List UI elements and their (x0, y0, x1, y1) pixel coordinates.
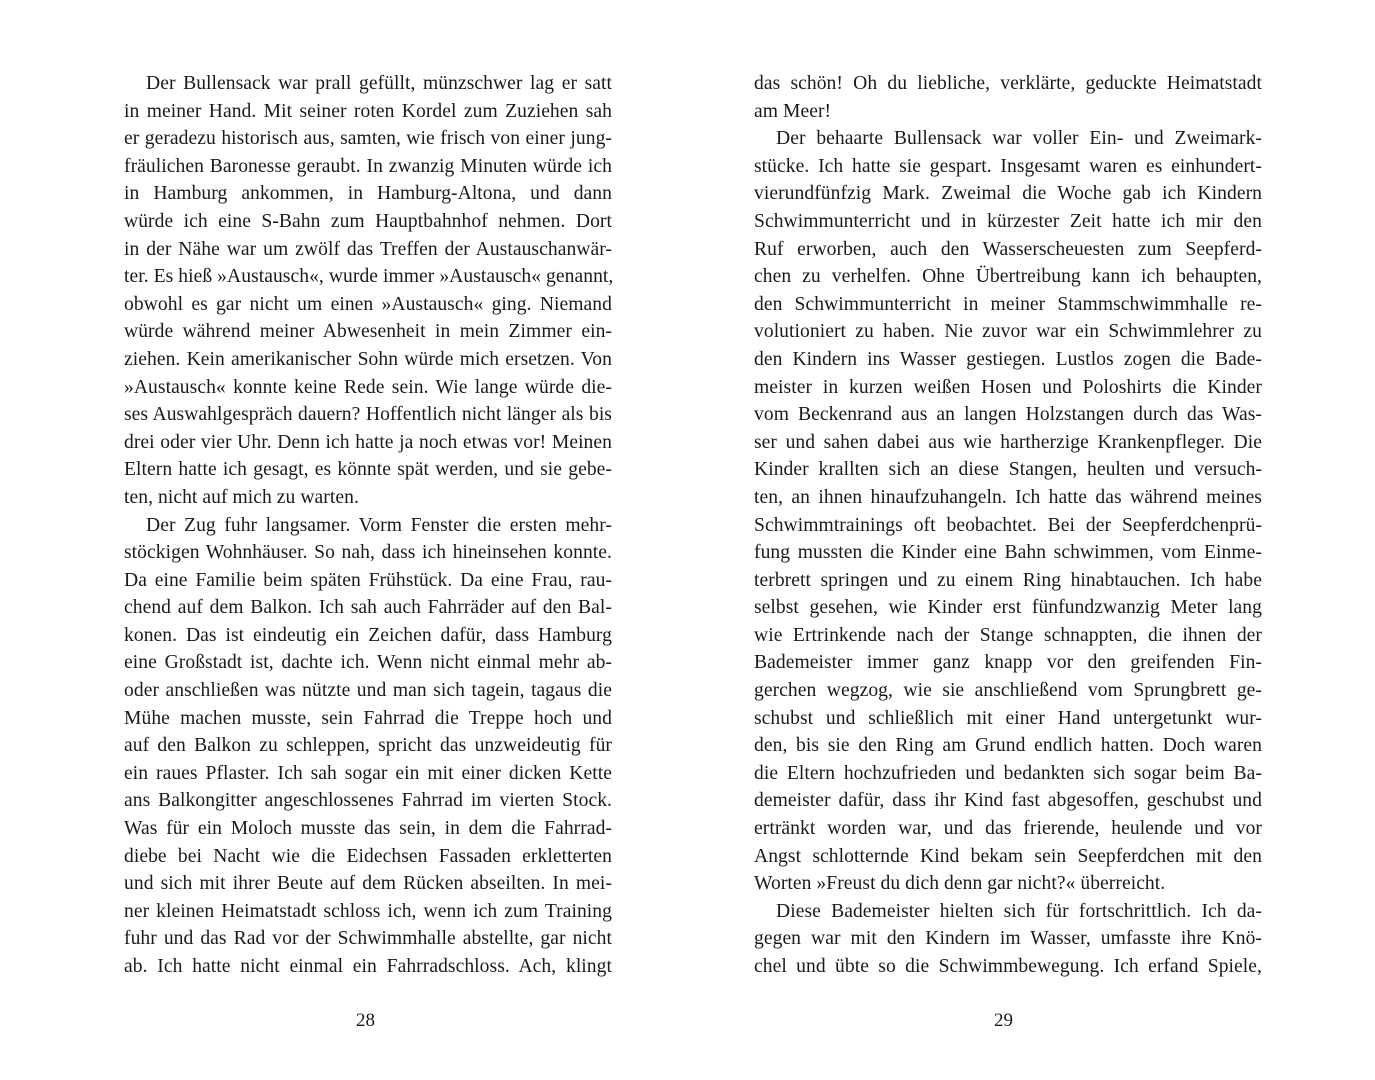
text-line: fung mussten die Kinder eine Bahn schwim… (754, 539, 1262, 567)
text-line: Mühe machen musste, sein Fahrrad die Tre… (124, 705, 612, 733)
page-number-left: 28 (356, 1010, 375, 1032)
text-line: in der Nähe war um zwölf das Treffen der… (124, 236, 612, 264)
text-line: Der behaarte Bullensack war voller Ein- … (754, 125, 1262, 153)
text-line: ses Auswahlgespräch dauern? Hoffentlich … (124, 401, 612, 429)
text-line: terbrett springen und zu einem Ring hina… (754, 567, 1262, 595)
text-line: Bademeister immer ganz knapp vor den gre… (754, 649, 1262, 677)
text-line: Kinder krallten sich an diese Stangen, h… (754, 456, 1262, 484)
text-line: den Kindern ins Wasser gestiegen. Lustlo… (754, 346, 1262, 374)
text-line: ner kleinen Heimatstadt schloss ich, wen… (124, 898, 612, 926)
text-line: chend auf dem Balkon. Ich sah auch Fahrr… (124, 594, 612, 622)
text-line: und sich mit ihrer Beute auf dem Rücken … (124, 870, 612, 898)
text-line: »Austausch« konnte keine Rede sein. Wie … (124, 374, 612, 402)
text-line: würde ich eine S-Bahn zum Hauptbahnhof n… (124, 208, 612, 236)
text-line: ertränkt worden war, und das frierende, … (754, 815, 1262, 843)
text-line: drei oder vier Uhr. Denn ich hatte ja no… (124, 429, 612, 457)
text-line: chen zu verhelfen. Ohne Übertreibung kan… (754, 263, 1262, 291)
text-line: vierundfünfzig Mark. Zweimal die Woche g… (754, 180, 1262, 208)
text-line: fuhr und das Rad vor der Schwimmhalle ab… (124, 925, 612, 953)
text-line: gerchen wegzog, wie sie anschließend vom… (754, 677, 1262, 705)
text-line: Was für ein Moloch musste das sein, in d… (124, 815, 612, 843)
text-line: meister in kurzen weißen Hosen und Polos… (754, 374, 1262, 402)
text-line: Eltern hatte ich gesagt, es könnte spät … (124, 456, 612, 484)
text-line: die Eltern hochzufrieden und bedankten s… (754, 760, 1262, 788)
text-line: Angst schlotternde Kind bekam sein Seepf… (754, 843, 1262, 871)
text-line: ab. Ich hatte nicht einmal ein Fahrradsc… (124, 953, 612, 981)
text-line: auf den Balkon zu schleppen, spricht das… (124, 732, 612, 760)
text-line: Worten »Freust du dich denn gar nicht?« … (754, 870, 1262, 898)
text-line: selbst gesehen, wie Kinder erst fünfundz… (754, 594, 1262, 622)
text-line: er geradezu historisch aus, samten, wie … (124, 125, 612, 153)
book-spread: Der Bullensack war prall gefüllt, münzsc… (0, 0, 1375, 1080)
text-line: ter. Es hieß »Austausch«, wurde immer »A… (124, 263, 612, 291)
page-number-right: 29 (994, 1010, 1013, 1032)
right-page: das schön! Oh du liebliche, verklärte, g… (754, 70, 1262, 981)
text-line: oder anschließen was nützte und man sich… (124, 677, 612, 705)
text-line: den Schwimmunterricht in meiner Stammsch… (754, 291, 1262, 319)
text-line: wie Ertrinkende nach der Stange schnappt… (754, 622, 1262, 650)
text-line: Schwimmtrainings oft beobachtet. Bei der… (754, 512, 1262, 540)
text-line: ten, an ihnen hinaufzuhangeln. Ich hatte… (754, 484, 1262, 512)
text-line: in Hamburg ankommen, in Hamburg-Altona, … (124, 180, 612, 208)
text-line: das schön! Oh du liebliche, verklärte, g… (754, 70, 1262, 98)
text-line: den, bis sie den Ring am Grund endlich h… (754, 732, 1262, 760)
text-line: Schwimmunterricht und in kürzester Zeit … (754, 208, 1262, 236)
text-line: Ruf erworben, auch den Wasserscheuesten … (754, 236, 1262, 264)
text-line: obwohl es gar nicht um einen »Austausch«… (124, 291, 612, 319)
text-line: schubst und schließlich mit einer Hand u… (754, 705, 1262, 733)
text-line: in meiner Hand. Mit seiner roten Kordel … (124, 98, 612, 126)
left-page: Der Bullensack war prall gefüllt, münzsc… (124, 70, 612, 981)
text-line: stöckigen Wohnhäuser. So nah, dass ich h… (124, 539, 612, 567)
text-line: ans Balkongitter angeschlossenes Fahrrad… (124, 787, 612, 815)
text-line: stücke. Ich hatte sie gespart. Insgesamt… (754, 153, 1262, 181)
text-line: vom Beckenrand aus an langen Holzstangen… (754, 401, 1262, 429)
text-line: demeister dafür, dass ihr Kind fast abge… (754, 787, 1262, 815)
text-line: ser und sahen dabei aus wie hartherzige … (754, 429, 1262, 457)
text-line: diebe bei Nacht wie die Eidechsen Fassad… (124, 843, 612, 871)
text-line: ein raues Pflaster. Ich sah sogar ein mi… (124, 760, 612, 788)
text-line: am Meer! (754, 98, 1262, 126)
text-line: konen. Das ist eindeutig ein Zeichen daf… (124, 622, 612, 650)
text-line: volutioniert zu haben. Nie zuvor war ein… (754, 318, 1262, 346)
text-line: eine Großstadt ist, dachte ich. Wenn nic… (124, 649, 612, 677)
text-line: chel und übte so die Schwimmbewegung. Ic… (754, 953, 1262, 981)
text-line: fräulichen Baronesse geraubt. In zwanzig… (124, 153, 612, 181)
text-line: Der Zug fuhr langsamer. Vorm Fenster die… (124, 512, 612, 540)
text-line: gegen war mit den Kindern im Wasser, umf… (754, 925, 1262, 953)
text-line: ziehen. Kein amerikanischer Sohn würde m… (124, 346, 612, 374)
text-line: Diese Bademeister hielten sich für forts… (754, 898, 1262, 926)
text-line: ten, nicht auf mich zu warten. (124, 484, 612, 512)
text-line: Da eine Familie beim späten Frühstück. D… (124, 567, 612, 595)
text-line: Der Bullensack war prall gefüllt, münzsc… (124, 70, 612, 98)
text-line: würde während meiner Abwesenheit in mein… (124, 318, 612, 346)
